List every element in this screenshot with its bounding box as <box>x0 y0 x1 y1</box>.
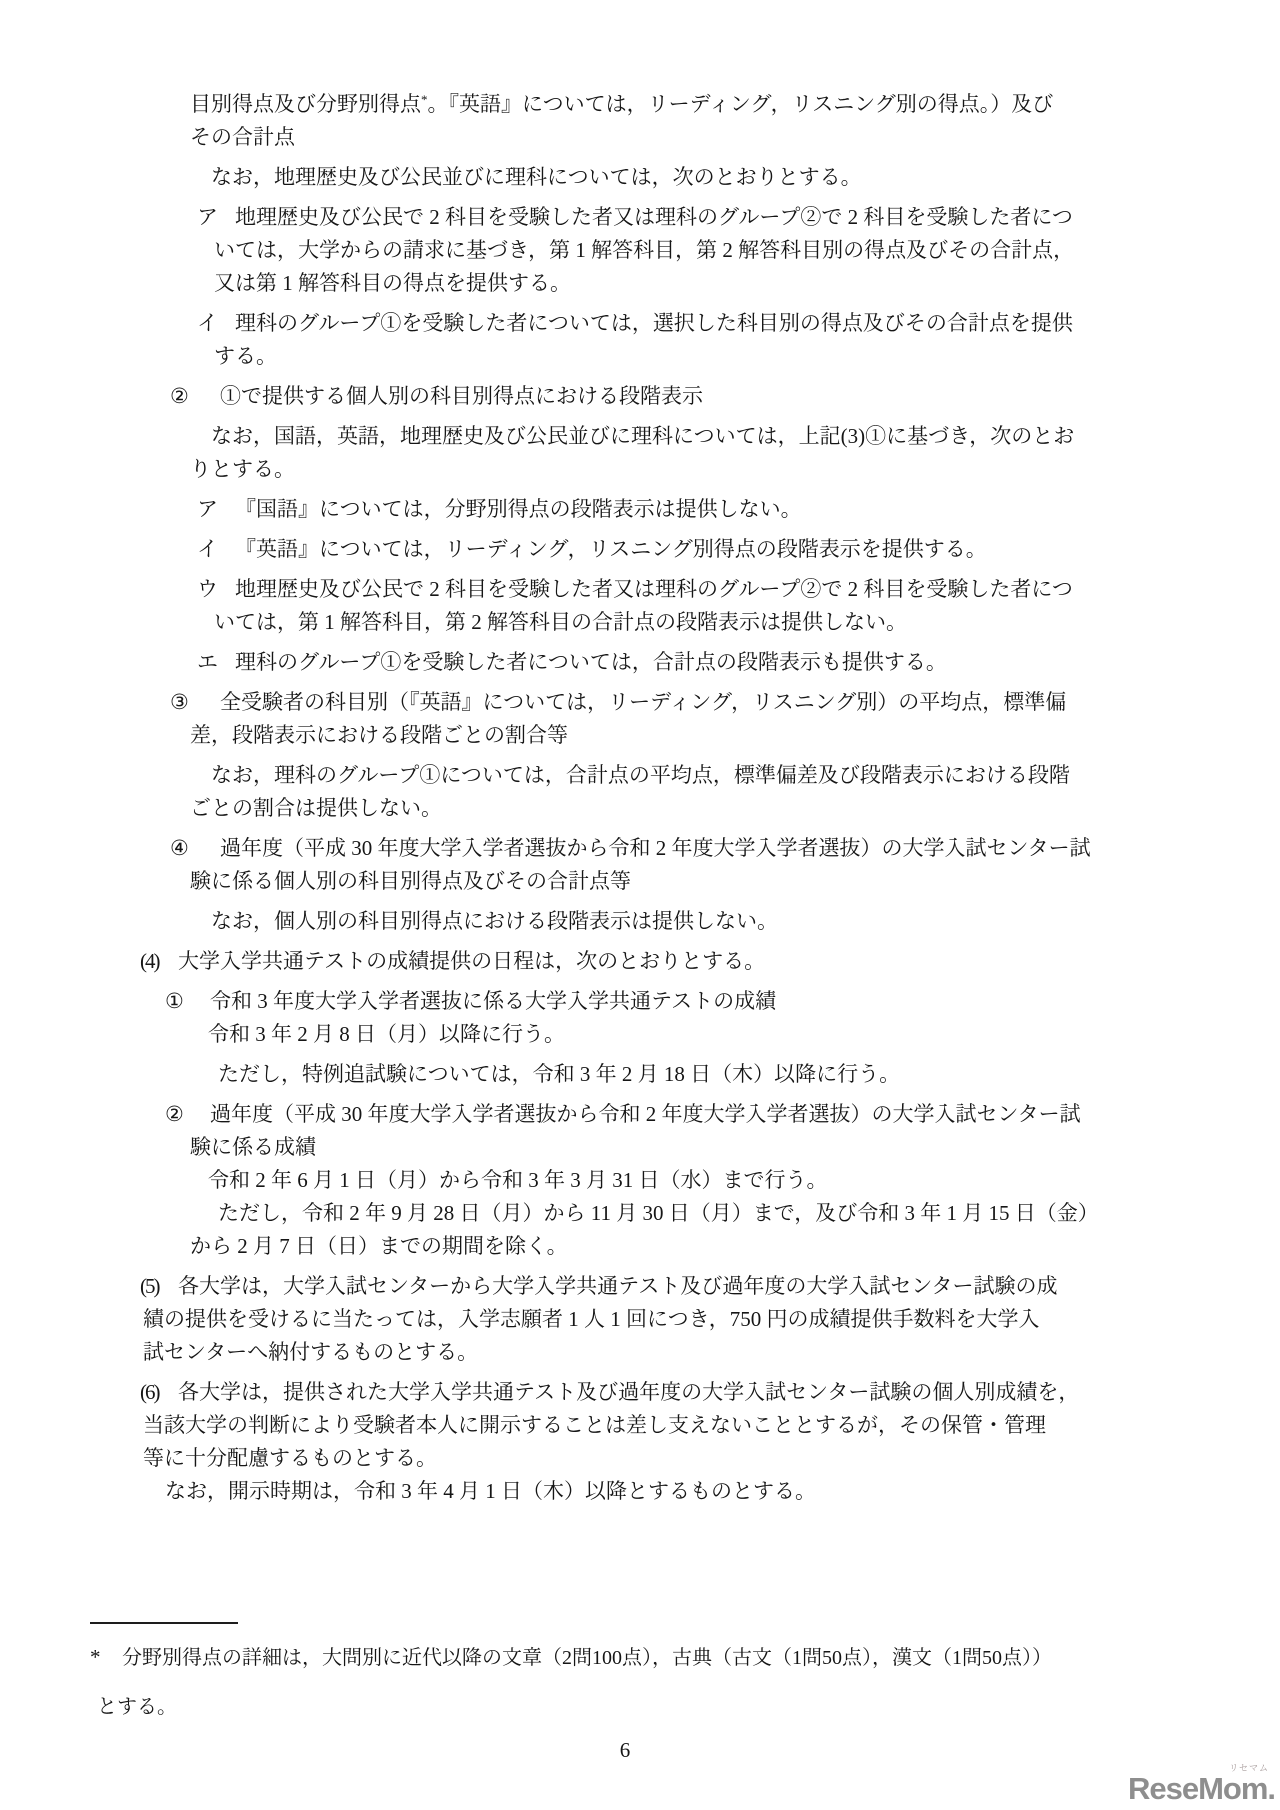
line-text: 過年度（平成 30 年度大学入学者選抜から令和 2 年度大学入学者選抜）の大学入… <box>220 836 1091 860</box>
footnote-asterisk: * <box>90 1644 122 1670</box>
line-text: なお，地理歴史及び公民並びに理科については，次のとおりとする。 <box>211 165 862 189</box>
footnote-separator-rule <box>90 1622 238 1624</box>
list-marker: イ <box>197 307 235 340</box>
doc-line-26: 令和 3 年 2 月 8 日（月）以降に行う。 <box>0 1018 1280 1051</box>
footnote-line-1: *分野別得点の詳細は，大問別に近代以降の文章（2問100点），古典（古文（1問5… <box>90 1644 1052 1671</box>
doc-line-6: 又は第 1 解答科目の得点を提供する。 <box>0 267 1280 300</box>
line-text: 理科のグループ①を受験した者については，合計点の段階表示も提供する。 <box>235 650 947 674</box>
line-text: なお，国語，英語，地理歴史及び公民並びに理科については，上記(3)①に基づき，次… <box>211 424 1074 448</box>
doc-line-4: ア地理歴史及び公民で 2 科目を受験した者又は理科のグループ②で 2 科目を受験… <box>0 201 1280 234</box>
doc-line-15: いては，第 1 解答科目，第 2 解答科目の合計点の段階表示は提供しない。 <box>0 606 1280 639</box>
doc-line-9: ②①で提供する個人別の科目別得点における段階表示 <box>0 380 1280 413</box>
list-marker: イ <box>197 533 235 566</box>
line-text: なお，開示時期は，令和 3 年 4 月 1 日（木）以降とするものとする。 <box>165 1479 816 1503</box>
line-text: 地理歴史及び公民で 2 科目を受験した者又は理科のグループ②で 2 科目を受験し… <box>235 205 1073 229</box>
line-text: いては，第 1 解答科目，第 2 解答科目の合計点の段階表示は提供しない。 <box>214 610 907 634</box>
line-text: 『英語』については，リーディング，リスニング別得点の段階表示を提供する。 <box>235 537 987 561</box>
line-text: 験に係る成績 <box>190 1135 316 1159</box>
line-text: 理科のグループ①を受験した者については，選択した科目別の得点及びその合計点を提供 <box>235 311 1073 335</box>
doc-line-22: 験に係る個人別の科目別得点及びその合計点等 <box>0 865 1280 898</box>
document-page: 目別得点及び分野別得点*。『英語』については，リーディング，リスニング別の得点。… <box>0 0 1280 1810</box>
doc-line-3: なお，地理歴史及び公民並びに理科については，次のとおりとする。 <box>0 161 1280 194</box>
doc-line-33: (5)各大学は，大学入試センターから大学入学共通テスト及び過年度の大学入試センタ… <box>0 1270 1280 1303</box>
list-marker: (6) <box>140 1376 178 1409</box>
line-text: ただし，令和 2 年 9 月 28 日（月）から 11 月 30 日（月）まで，… <box>218 1201 1099 1225</box>
list-marker: ① <box>165 985 210 1018</box>
doc-line-32: から 2 月 7 日（日）までの期間を除く。 <box>0 1230 1280 1263</box>
line-text: ごとの割合は提供しない。 <box>190 796 442 820</box>
doc-line-7: イ理科のグループ①を受験した者については，選択した科目別の得点及びその合計点を提… <box>0 307 1280 340</box>
line-text: 過年度（平成 30 年度大学入学者選抜から令和 2 年度大学入学者選抜）の大学入… <box>210 1102 1081 1126</box>
doc-line-1: 目別得点及び分野別得点*。『英語』については，リーディング，リスニング別の得点。… <box>0 88 1280 121</box>
line-text: なお，個人別の科目別得点における段階表示は提供しない。 <box>211 909 778 933</box>
list-marker: (4) <box>140 945 178 978</box>
line-text: 各大学は，提供された大学入学共通テスト及び過年度の大学入試センター試験の個人別成… <box>178 1380 1079 1404</box>
doc-line-5: いては，大学からの請求に基づき，第 1 解答科目，第 2 解答科目別の得点及びそ… <box>0 234 1280 267</box>
doc-line-38: 等に十分配慮するものとする。 <box>0 1442 1280 1475</box>
doc-line-29: 験に係る成績 <box>0 1131 1280 1164</box>
doc-line-10: なお，国語，英語，地理歴史及び公民並びに理科については，上記(3)①に基づき，次… <box>0 420 1280 453</box>
doc-line-2: その合計点 <box>0 121 1280 154</box>
line-text: 験に係る個人別の科目別得点及びその合計点等 <box>190 869 631 893</box>
doc-line-17: ③全受験者の科目別（『英語』については，リーディング，リスニング別）の平均点，標… <box>0 686 1280 719</box>
page-number: 6 <box>0 1738 1250 1763</box>
line-text: その合計点 <box>190 125 295 149</box>
doc-line-37: 当該大学の判断により受験者本人に開示することは差し支えないこととするが，その保管… <box>0 1409 1280 1442</box>
doc-line-14: ウ地理歴史及び公民で 2 科目を受験した者又は理科のグループ②で 2 科目を受験… <box>0 573 1280 606</box>
doc-line-36: (6)各大学は，提供された大学入学共通テスト及び過年度の大学入試センター試験の個… <box>0 1376 1280 1409</box>
line-text: なお，理科のグループ①については，合計点の平均点，標準偏差及び段階表示における段… <box>211 763 1070 787</box>
document-body: 目別得点及び分野別得点*。『英語』については，リーディング，リスニング別の得点。… <box>0 88 1280 1508</box>
list-marker: ③ <box>170 686 220 719</box>
list-marker: ④ <box>170 832 220 865</box>
resemom-logo: ReseMom. <box>1128 1773 1275 1805</box>
doc-line-31: ただし，令和 2 年 9 月 28 日（月）から 11 月 30 日（月）まで，… <box>0 1197 1280 1230</box>
list-marker: エ <box>197 646 235 679</box>
list-marker: ア <box>197 493 235 526</box>
doc-line-16: エ理科のグループ①を受験した者については，合計点の段階表示も提供する。 <box>0 646 1280 679</box>
footnote-text: 分野別得点の詳細は，大問別に近代以降の文章（2問100点），古典（古文（1問50… <box>122 1647 1052 1669</box>
line-text: ①で提供する個人別の科目別得点における段階表示 <box>220 384 703 408</box>
doc-line-24: (4)大学入学共通テストの成績提供の日程は，次のとおりとする。 <box>0 945 1280 978</box>
doc-line-11: りとする。 <box>0 453 1280 486</box>
line-text: 又は第 1 解答科目の得点を提供する。 <box>214 271 571 295</box>
line-text: 試センターへ納付するものとする。 <box>143 1340 478 1364</box>
doc-line-39: なお，開示時期は，令和 3 年 4 月 1 日（木）以降とするものとする。 <box>0 1475 1280 1508</box>
footnote-line-2: とする。 <box>97 1694 177 1720</box>
line-text: 『国語』については，分野別得点の段階表示は提供しない。 <box>235 497 802 521</box>
doc-line-28: ②過年度（平成 30 年度大学入学者選抜から令和 2 年度大学入学者選抜）の大学… <box>0 1098 1280 1131</box>
line-text: ただし，特例追試験については，令和 3 年 2 月 18 日（木）以降に行う。 <box>218 1062 900 1086</box>
doc-line-34: 績の提供を受けるに当たっては，入学志願者 1 人 1 回につき，750 円の成績… <box>0 1303 1280 1336</box>
line-text: 等に十分配慮するものとする。 <box>143 1446 437 1470</box>
doc-line-21: ④過年度（平成 30 年度大学入学者選抜から令和 2 年度大学入学者選抜）の大学… <box>0 832 1280 865</box>
resemom-watermark: リセマム ReseMom. <box>1128 1763 1275 1805</box>
doc-line-13: イ『英語』については，リーディング，リスニング別得点の段階表示を提供する。 <box>0 533 1280 566</box>
line-text: 差，段階表示における段階ごとの割合等 <box>190 723 568 747</box>
line-text: りとする。 <box>190 457 295 481</box>
doc-line-27: ただし，特例追試験については，令和 3 年 2 月 18 日（木）以降に行う。 <box>0 1058 1280 1091</box>
line-text: 績の提供を受けるに当たっては，入学志願者 1 人 1 回につき，750 円の成績… <box>143 1307 1040 1331</box>
list-marker: (5) <box>140 1270 178 1303</box>
doc-line-25: ①令和 3 年度大学入学者選抜に係る大学入学共通テストの成績 <box>0 985 1280 1018</box>
line-text: から 2 月 7 日（日）までの期間を除く。 <box>190 1234 568 1258</box>
line-text: いては，大学からの請求に基づき，第 1 解答科目，第 2 解答科目別の得点及びそ… <box>214 238 1074 262</box>
line-text: 令和 2 年 6 月 1 日（月）から令和 3 年 3 月 31 日（水）まで行… <box>208 1168 828 1192</box>
doc-line-23: なお，個人別の科目別得点における段階表示は提供しない。 <box>0 905 1280 938</box>
doc-line-12: ア『国語』については，分野別得点の段階表示は提供しない。 <box>0 493 1280 526</box>
doc-line-35: 試センターへ納付するものとする。 <box>0 1336 1280 1369</box>
line-text: 当該大学の判断により受験者本人に開示することは差し支えないこととするが，その保管… <box>143 1413 1046 1437</box>
line-text: 。『英語』については，リーディング，リスニング別の得点。）及び <box>428 92 1054 116</box>
line-text: する。 <box>214 344 277 368</box>
list-marker: ア <box>197 201 235 234</box>
doc-line-20: ごとの割合は提供しない。 <box>0 792 1280 825</box>
doc-line-19: なお，理科のグループ①については，合計点の平均点，標準偏差及び段階表示における段… <box>0 759 1280 792</box>
list-marker: ウ <box>197 573 235 606</box>
line-text: 各大学は，大学入試センターから大学入学共通テスト及び過年度の大学入試センター試験… <box>178 1274 1057 1298</box>
list-marker: ② <box>170 380 220 413</box>
doc-line-8: する。 <box>0 340 1280 373</box>
doc-line-30: 令和 2 年 6 月 1 日（月）から令和 3 年 3 月 31 日（水）まで行… <box>0 1164 1280 1197</box>
line-text: 令和 3 年 2 月 8 日（月）以降に行う。 <box>208 1022 565 1046</box>
line-text: 大学入学共通テストの成績提供の日程は，次のとおりとする。 <box>178 949 765 973</box>
line-text: 令和 3 年度大学入学者選抜に係る大学入学共通テストの成績 <box>210 989 776 1013</box>
line-text: 全受験者の科目別（『英語』については，リーディング，リスニング別）の平均点，標準… <box>220 690 1066 714</box>
line-text: 地理歴史及び公民で 2 科目を受験した者又は理科のグループ②で 2 科目を受験し… <box>235 577 1073 601</box>
line-text: 目別得点及び分野別得点 <box>190 92 421 116</box>
list-marker: ② <box>165 1098 210 1131</box>
doc-line-18: 差，段階表示における段階ごとの割合等 <box>0 719 1280 752</box>
